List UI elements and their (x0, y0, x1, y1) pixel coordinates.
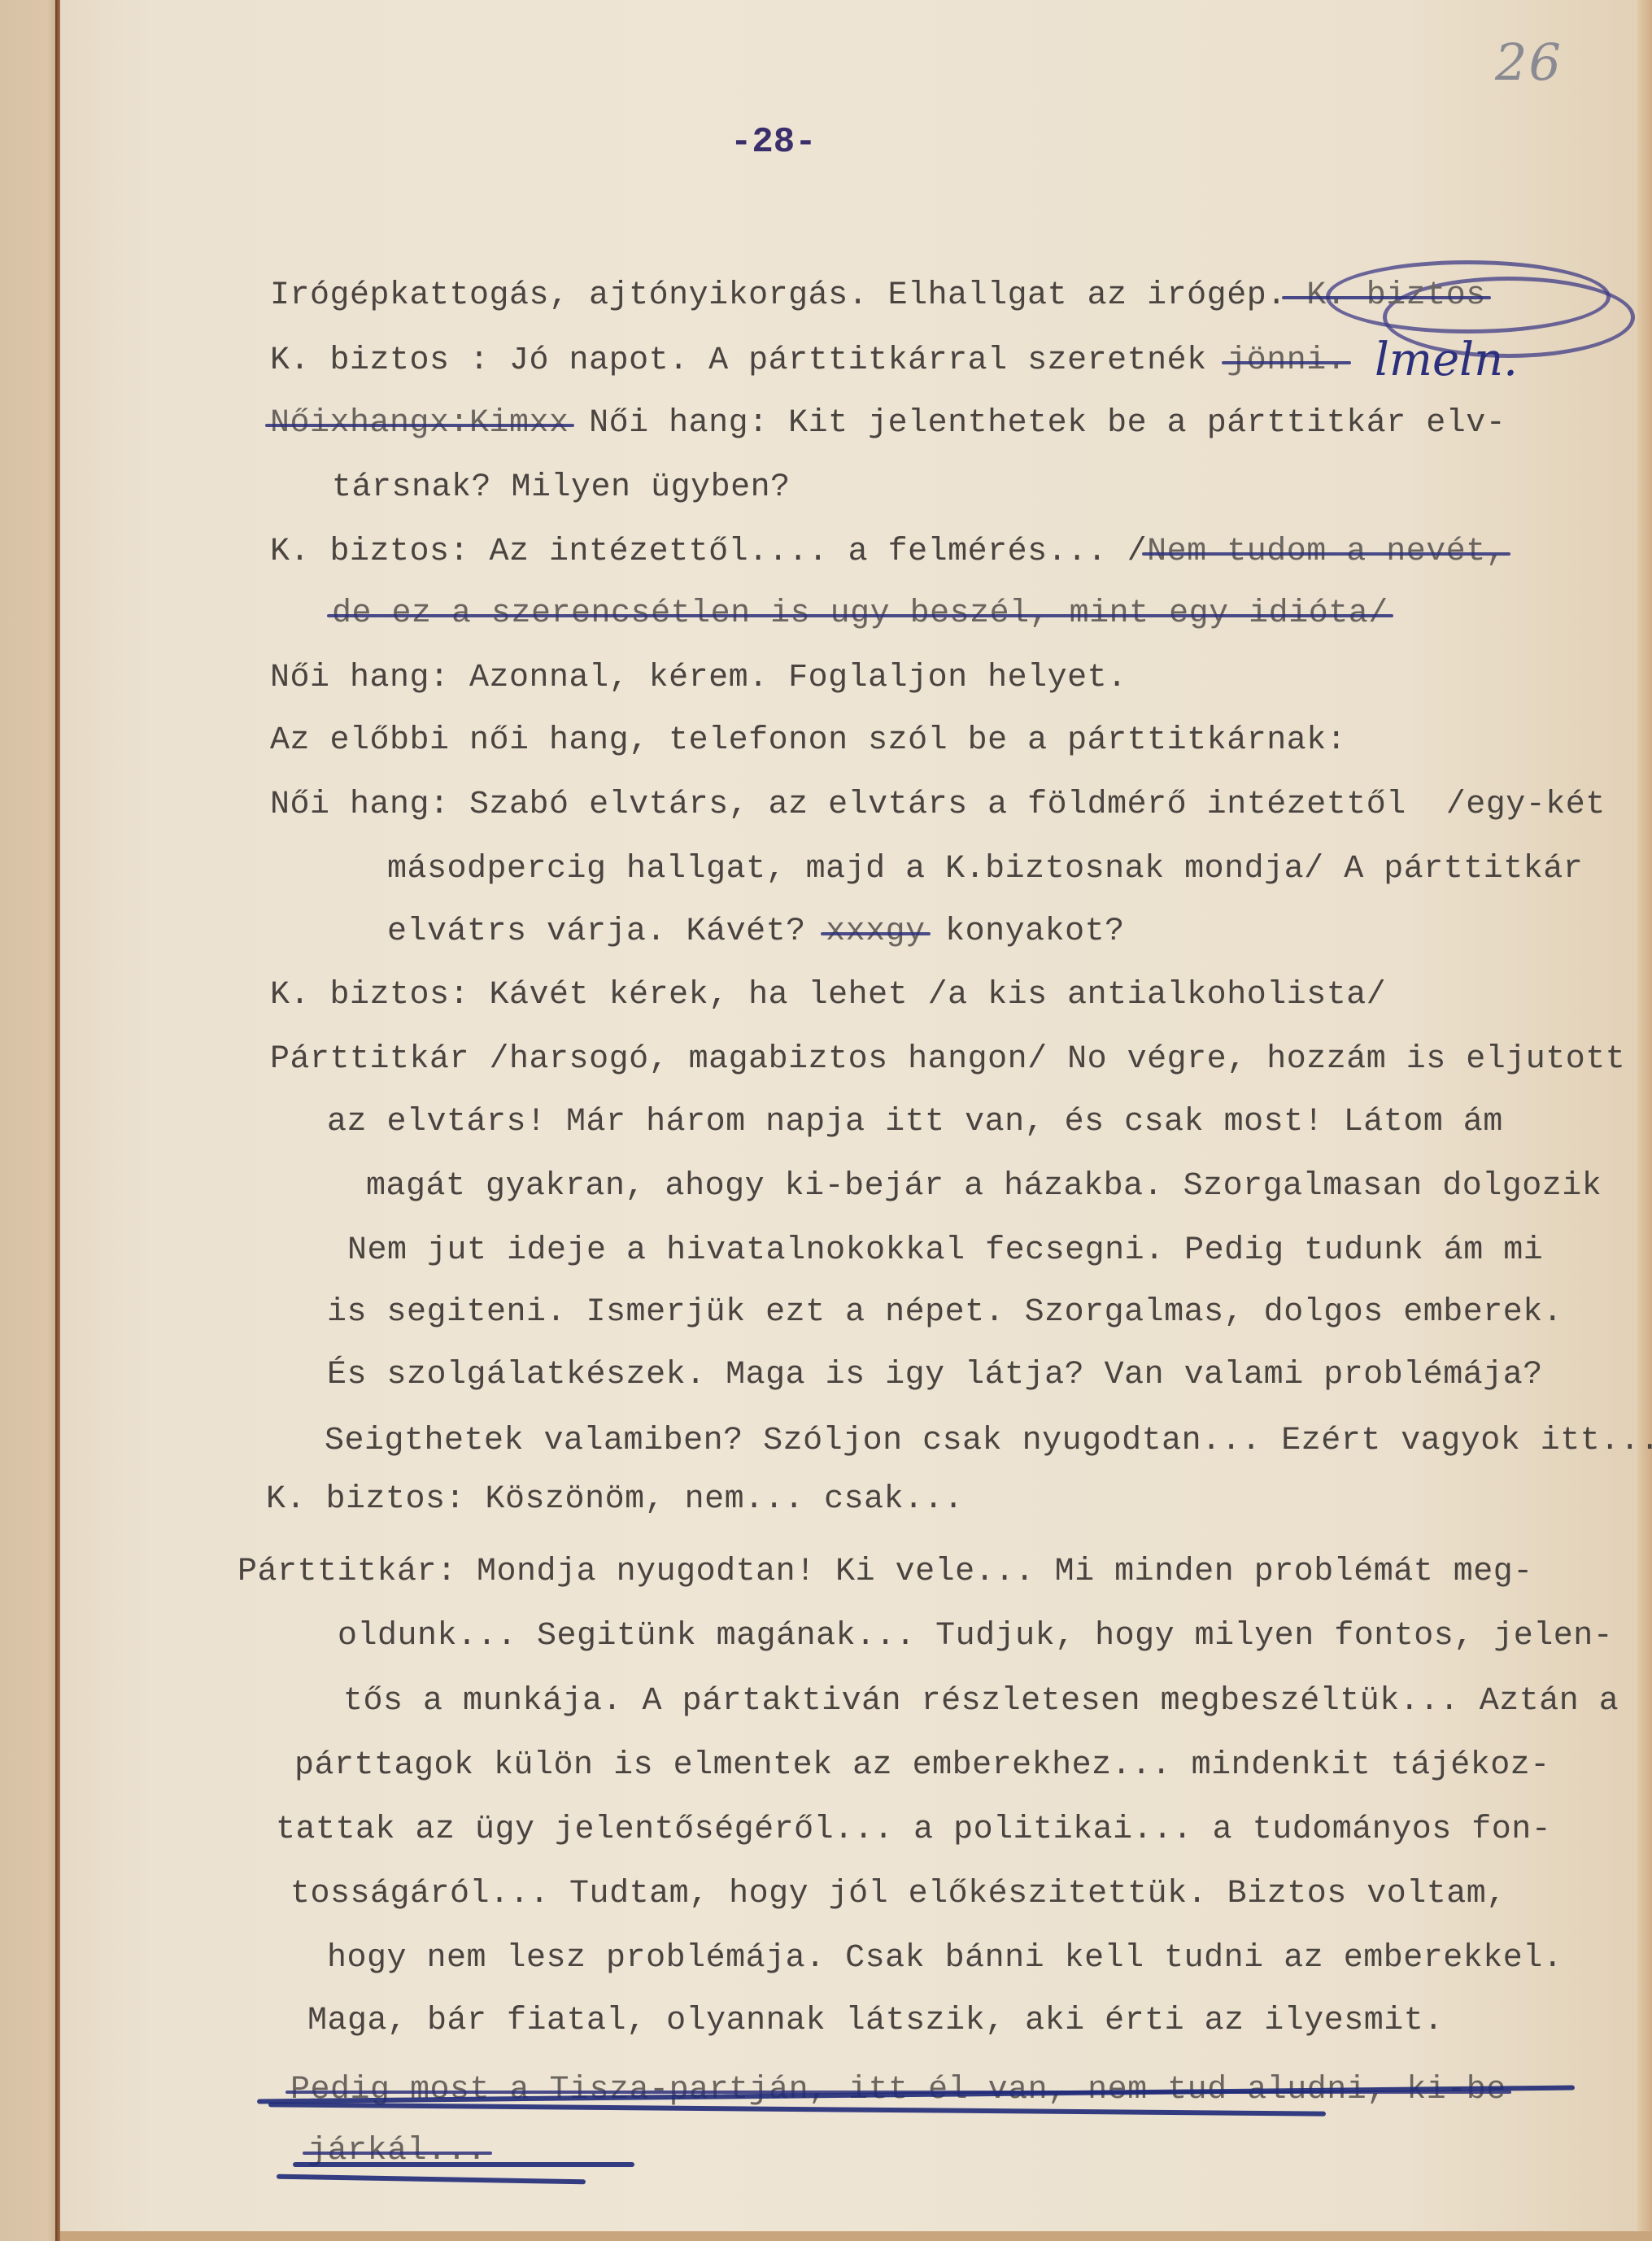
typed-line: Irógépkattogás, ajtónyikorgás. Elhallgat… (270, 277, 1486, 316)
struck-text: K. biztos (1287, 277, 1486, 314)
typed-line: Női hang: Szabó elvtárs, az elvtárs a fö… (270, 786, 1606, 825)
line-text: tosságáról... Tudtam, hogy jól előkészit… (290, 1876, 1506, 1912)
page-number: -28- (730, 122, 817, 163)
struck-text: de ez a szerencsétlen is ugy beszél, min… (332, 595, 1388, 632)
line-text: Az előbbi női hang, telefonon szól be a … (270, 722, 1346, 759)
typed-line: Női hang: Azonnal, kérem. Foglaljon hely… (270, 659, 1127, 698)
typed-line: K. biztos: Az intézettől.... a felmérés.… (270, 533, 1506, 572)
line-text: Irógépkattogás, ajtónyikorgás. Elhallgat… (270, 277, 1287, 314)
typed-line: társnak? Milyen ügyben? (332, 469, 791, 508)
line-text: hogy nem lesz problémája. Csak bánni kel… (327, 1940, 1563, 1977)
line-text: konyakot? (926, 913, 1125, 950)
line-text: is segiteni. Ismerjük ezt a népet. Szorg… (327, 1294, 1563, 1331)
typed-line: magát gyakran, ahogy ki-bejár a házakba.… (366, 1167, 1602, 1206)
typed-line: tattak az ügy jelentőségéről... a politi… (276, 1811, 1551, 1850)
typed-line: elvátrs várja. Kávét? xxxgy konyakot? (387, 913, 1125, 952)
typed-line: Párttitkár: Mondja nyugodtan! Ki vele...… (238, 1553, 1533, 1592)
line-text: Női hang: Szabó elvtárs, az elvtárs a fö… (270, 787, 1606, 823)
line-text: K. biztos: Az intézettől.... a felmérés.… (270, 534, 1147, 570)
line-text: Párttitkár /harsogó, magabiztos hangon/ … (270, 1041, 1625, 1078)
line-text: Párttitkár: Mondja nyugodtan! Ki vele...… (238, 1554, 1533, 1590)
typed-line: az elvtárs! Már három napja itt van, és … (327, 1103, 1503, 1142)
line-text: És szolgálatkészek. Maga is igy látja? V… (327, 1357, 1543, 1393)
line-text: Nem jut ideje a hivatalnokokkal fecsegni… (347, 1232, 1543, 1269)
typed-line: oldunk... Segitünk magának... Tudjuk, ho… (338, 1617, 1613, 1656)
typed-line: másodpercig hallgat, majd a K.biztosnak … (387, 850, 1583, 889)
struck-text: Nőixhangx:Kimxx (270, 405, 569, 442)
line-text: magát gyakran, ahogy ki-bejár a házakba.… (366, 1168, 1602, 1205)
line-text: Maga, bár fiatal, olyannak látszik, aki … (307, 2003, 1444, 2039)
line-text: K. biztos: Kávét kérek, ha lehet /a kis … (270, 977, 1386, 1014)
typed-line: tős a munkája. A pártaktiván részletesen… (343, 1682, 1619, 1721)
typed-line: Seigthetek valamiben? Szóljon csak nyugo… (325, 1422, 1652, 1461)
line-text: társnak? Milyen ügyben? (332, 469, 791, 506)
line-text: elvátrs várja. Kávét? (387, 913, 826, 950)
line-text: tős a munkája. A pártaktiván részletesen… (343, 1683, 1619, 1720)
ink-strikethrough (293, 2162, 634, 2167)
line-text: Női hang: Azonnal, kérem. Foglaljon hely… (270, 660, 1127, 696)
line-text: másodpercig hallgat, majd a K.biztosnak … (387, 851, 1583, 887)
page-right-edge (1637, 0, 1652, 2241)
typed-line: És szolgálatkészek. Maga is igy látja? V… (327, 1356, 1543, 1395)
line-text: Női hang: Kit jelenthetek be a párttitká… (569, 405, 1506, 442)
typed-line: Maga, bár fiatal, olyannak látszik, aki … (307, 2002, 1444, 2041)
typed-line: is segiteni. Ismerjük ezt a népet. Szorg… (327, 1293, 1563, 1332)
typed-line: K. biztos : Jó napot. A párttitkárral sz… (270, 342, 1346, 381)
typed-line: Nőixhangx:Kimxx Női hang: Kit jelenthete… (270, 404, 1506, 443)
typed-line: de ez a szerencsétlen is ugy beszél, min… (332, 595, 1388, 634)
handwritten-sheet-number: 26 (1495, 33, 1563, 92)
struck-text: xxxgy (826, 913, 926, 950)
adjacent-page-edge (0, 0, 59, 2241)
line-text: Seigthetek valamiben? Szóljon csak nyugo… (325, 1423, 1652, 1459)
typed-line: Az előbbi női hang, telefonon szól be a … (270, 722, 1346, 761)
line-text: tattak az ügy jelentőségéről... a politi… (276, 1812, 1551, 1848)
line-text: az elvtárs! Már három napja itt van, és … (327, 1104, 1503, 1140)
typed-line: párttagok külön is elmentek az emberekhe… (294, 1746, 1550, 1785)
typed-line: Párttitkár /harsogó, magabiztos hangon/ … (270, 1040, 1625, 1079)
typed-line: K. biztos: Kávét kérek, ha lehet /a kis … (270, 976, 1386, 1015)
line-text: K. biztos: Köszönöm, nem... csak... (266, 1481, 964, 1518)
struck-text: jönni. (1227, 342, 1346, 379)
typed-line: tosságáról... Tudtam, hogy jól előkészit… (290, 1875, 1506, 1914)
line-text: K. biztos : Jó napot. A párttitkárral sz… (270, 342, 1227, 379)
typed-line: K. biztos: Köszönöm, nem... csak... (266, 1480, 964, 1519)
typed-line: hogy nem lesz problémája. Csak bánni kel… (327, 1939, 1563, 1978)
handwritten-insert: lmeln. (1375, 334, 1518, 386)
typed-line: Nem jut ideje a hivatalnokokkal fecsegni… (347, 1232, 1543, 1271)
struck-text: Nem tudom a nevét, (1147, 534, 1506, 570)
line-text: párttagok külön is elmentek az emberekhe… (294, 1747, 1550, 1784)
page-bottom-edge (60, 2231, 1652, 2241)
line-text: oldunk... Segitünk magának... Tudjuk, ho… (338, 1618, 1613, 1655)
